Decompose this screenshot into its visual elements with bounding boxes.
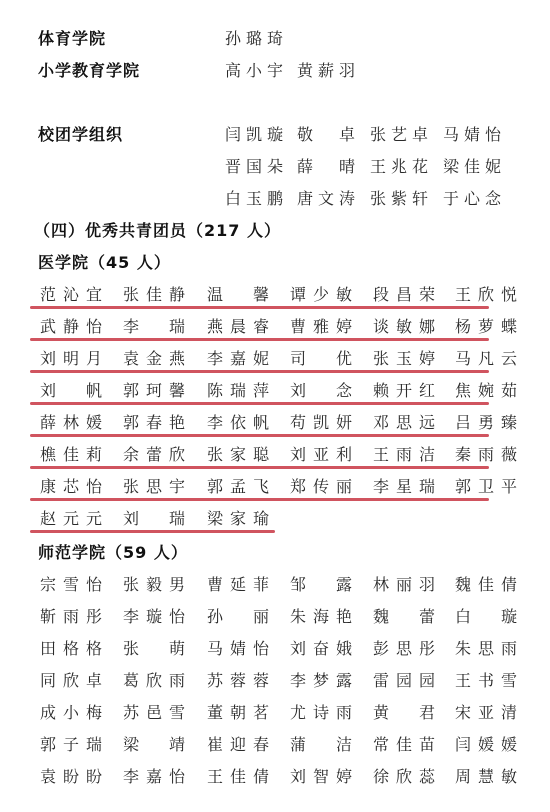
person-name: 刘奋娥 [290, 636, 352, 659]
name-char: 聪 [253, 442, 269, 465]
name-char: 靳 [40, 604, 56, 627]
name-char: 王 [455, 668, 471, 691]
name-char: 馨 [253, 282, 269, 305]
name-char: 余 [123, 442, 139, 465]
name-char: 妮 [485, 154, 501, 177]
person-name: 朱海艳 [290, 604, 352, 627]
name-char: 静 [63, 314, 79, 337]
name-row: 刘帆郭珂馨陈瑞萍刘念赖开红焦婉茹 [0, 378, 550, 402]
person-name: 郭子瑞 [40, 732, 102, 755]
name-char: 少 [313, 282, 329, 305]
name-row: 郭子瑞梁靖崔迎春蒲洁常佳苗闫媛媛 [0, 732, 550, 756]
name-char: 念 [336, 378, 352, 401]
person-name: 徐欣蕊 [373, 764, 435, 787]
name-char: 董 [207, 700, 223, 723]
name-char: 子 [63, 732, 79, 755]
name-row: 范沁宜张佳静温馨谭少敏段昌荣王欣悦 [0, 282, 550, 306]
name-char: 敬 [297, 122, 313, 145]
name-char: 家 [230, 506, 246, 529]
person-name: 高小宇 [225, 58, 283, 81]
name-char: 璇 [267, 122, 283, 145]
name-char: 露 [336, 572, 352, 595]
name-char: 薛 [297, 154, 313, 177]
name-char: 迎 [230, 732, 246, 755]
person-name: 李梦露 [290, 668, 352, 691]
name-char: 怡 [86, 572, 102, 595]
name-char: 园 [396, 668, 412, 691]
person-name: 唐文涛 [297, 186, 355, 209]
name-char: 飞 [253, 474, 269, 497]
person-name: 张毅男 [123, 572, 185, 595]
name-char: 怡 [485, 122, 501, 145]
person-name: 秦雨薇 [455, 442, 517, 465]
name-char: 莉 [86, 442, 102, 465]
name-char: 王 [373, 442, 389, 465]
person-name: 李嘉怡 [123, 764, 185, 787]
person-name: 武静怡 [40, 314, 102, 337]
name-char: 尤 [290, 700, 306, 723]
name-char: 延 [230, 572, 246, 595]
name-char: 思 [396, 410, 412, 433]
name-char: 杨 [455, 314, 471, 337]
person-name: 刘瑞 [123, 506, 185, 529]
name-char: 邓 [373, 410, 389, 433]
name-char: 温 [207, 282, 223, 305]
person-name: 蒲洁 [290, 732, 352, 755]
name-char: 羽 [419, 572, 435, 595]
name-char: 艳 [336, 604, 352, 627]
name-char: 艳 [169, 410, 185, 433]
name-char: 闫 [225, 122, 241, 145]
name-char: 闫 [455, 732, 471, 755]
name-char: 敏 [396, 314, 412, 337]
red-underline-annotation [30, 530, 275, 533]
name-char: 王 [370, 154, 386, 177]
person-name: 黄君 [373, 700, 435, 723]
name-char: 邹 [290, 572, 306, 595]
red-underline-annotation [30, 306, 489, 309]
red-underline-annotation [30, 434, 489, 437]
person-name: 苏蓉蓉 [207, 668, 269, 691]
name-char: 洁 [336, 732, 352, 755]
name-char: 萌 [169, 636, 185, 659]
person-name: 梁佳妮 [443, 154, 501, 177]
person-name: 司优 [290, 346, 352, 369]
name-char: 思 [396, 636, 412, 659]
name-char: 念 [485, 186, 501, 209]
person-name: 刘帆 [40, 378, 102, 401]
name-char: 苟 [290, 410, 306, 433]
person-name: 薛晴 [297, 154, 355, 177]
name-char: 婉 [478, 378, 494, 401]
name-char: 佳 [396, 732, 412, 755]
person-name: 薛林媛 [40, 410, 102, 433]
name-char: 洁 [419, 442, 435, 465]
name-char: 小 [246, 58, 262, 81]
person-name: 尤诗雨 [290, 700, 352, 723]
name-row: 田格格张萌马婧怡刘奋娥彭思彤朱思雨 [0, 636, 550, 660]
name-char: 瑞 [86, 732, 102, 755]
person-name: 张佳静 [123, 282, 185, 305]
person-name: 马凡云 [455, 346, 517, 369]
name-char: 马 [455, 346, 471, 369]
person-name: 赵元元 [40, 506, 102, 529]
name-char: 丽 [253, 604, 269, 627]
name-char: 雨 [63, 604, 79, 627]
name-char: 梁 [207, 506, 223, 529]
name-char: 成 [40, 700, 56, 723]
name-char: 萍 [253, 378, 269, 401]
person-name: 李嘉妮 [207, 346, 269, 369]
name-char: 怡 [169, 604, 185, 627]
name-char: 张 [370, 186, 386, 209]
name-char: 怡 [169, 764, 185, 787]
name-char: 瑞 [230, 378, 246, 401]
name-char: 依 [230, 410, 246, 433]
person-name: 郭春艳 [123, 410, 185, 433]
name-char: 娜 [419, 314, 435, 337]
name-char: 瑞 [169, 314, 185, 337]
name-char: 悦 [501, 282, 517, 305]
name-char: 苏 [123, 700, 139, 723]
person-name: 马婧怡 [443, 122, 501, 145]
name-char: 王 [455, 282, 471, 305]
person-name: 崔迎春 [207, 732, 269, 755]
name-char: 谭 [290, 282, 306, 305]
name-char: 臻 [501, 410, 517, 433]
name-char: 郭 [207, 474, 223, 497]
name-char: 瑜 [253, 506, 269, 529]
name-char: 段 [373, 282, 389, 305]
name-char: 海 [313, 604, 329, 627]
name-char: 亚 [313, 442, 329, 465]
person-name: 马婧怡 [207, 636, 269, 659]
name-char: 马 [207, 636, 223, 659]
red-underline-annotation [30, 338, 489, 341]
person-name: 李瑞 [123, 314, 185, 337]
name-char: 春 [146, 410, 162, 433]
name-char: 帆 [86, 378, 102, 401]
name-char: 婧 [464, 122, 480, 145]
person-name: 孙丽 [207, 604, 269, 627]
name-char: 璐 [246, 26, 262, 49]
name-char: 梦 [313, 668, 329, 691]
name-char: 燕 [207, 314, 223, 337]
name-char: 嘉 [146, 764, 162, 787]
person-name: 刘亚利 [290, 442, 352, 465]
person-name: 于心念 [443, 186, 501, 209]
name-char: 璇 [501, 604, 517, 627]
name-char: 魏 [455, 572, 471, 595]
name-char: 馨 [169, 378, 185, 401]
name-char: 高 [225, 58, 241, 81]
name-char: 盼 [63, 764, 79, 787]
name-char: 艺 [391, 122, 407, 145]
name-char: 金 [146, 346, 162, 369]
name-char: 睿 [253, 314, 269, 337]
section-title-excellent-members: （四）优秀共青团员（217 人） [34, 218, 281, 241]
name-char: 蕾 [419, 604, 435, 627]
name-char: 张 [123, 572, 139, 595]
name-char: 媛 [478, 732, 494, 755]
name-char: 妮 [253, 346, 269, 369]
person-name: 李璇怡 [123, 604, 185, 627]
name-char: 于 [443, 186, 459, 209]
person-name: 郭珂馨 [123, 378, 185, 401]
person-name: 彭思彤 [373, 636, 435, 659]
name-char: 敏 [501, 764, 517, 787]
name-char: 智 [313, 764, 329, 787]
name-char: 林 [63, 410, 79, 433]
name-char: 园 [419, 668, 435, 691]
name-char: 欣 [169, 442, 185, 465]
person-name: 王佳倩 [207, 764, 269, 787]
person-name: 曹延菲 [207, 572, 269, 595]
person-name: 董朝茗 [207, 700, 269, 723]
name-char: 孙 [207, 604, 223, 627]
name-char: 敏 [336, 282, 352, 305]
name-char: 佳 [146, 282, 162, 305]
person-name: 温馨 [207, 282, 269, 305]
name-char: 燕 [169, 346, 185, 369]
name-char: 琦 [267, 26, 283, 49]
person-name: 晋国朵 [225, 154, 283, 177]
name-char: 玉 [396, 346, 412, 369]
name-char: 芯 [63, 474, 79, 497]
red-underline-annotation [30, 498, 489, 501]
name-char: 怡 [253, 636, 269, 659]
name-row: 薛林媛郭春艳李依帆苟凯妍邓思远吕勇臻 [0, 410, 550, 434]
person-name: 刘念 [290, 378, 352, 401]
name-row: 赵元元刘瑞梁家瑜 [0, 506, 550, 530]
name-char: 书 [478, 668, 494, 691]
person-name: 王欣悦 [455, 282, 517, 305]
name-char: 彤 [86, 604, 102, 627]
person-name: 田格格 [40, 636, 102, 659]
name-char: 邑 [146, 700, 162, 723]
person-name: 焦婉茹 [455, 378, 517, 401]
name-char: 雨 [336, 700, 352, 723]
name-char: 郭 [455, 474, 471, 497]
name-char: 雪 [63, 572, 79, 595]
person-name: 郑传丽 [290, 474, 352, 497]
name-char: 心 [464, 186, 480, 209]
person-name: 杨萝蝶 [455, 314, 517, 337]
name-char: 文 [318, 186, 334, 209]
person-name: 余蕾欣 [123, 442, 185, 465]
name-char: 赵 [40, 506, 56, 529]
person-name: 吕勇臻 [455, 410, 517, 433]
name-char: 思 [146, 474, 162, 497]
name-char: 欣 [396, 764, 412, 787]
name-char: 利 [336, 442, 352, 465]
name-char: 凯 [313, 410, 329, 433]
name-char: 梁 [123, 732, 139, 755]
name-char: 怡 [86, 474, 102, 497]
person-name: 刘智婷 [290, 764, 352, 787]
name-char: 雨 [396, 442, 412, 465]
name-char: 菲 [253, 572, 269, 595]
name-char: 宗 [40, 572, 56, 595]
name-char: 珂 [146, 378, 162, 401]
person-name: 靳雨彤 [40, 604, 102, 627]
name-char: 唐 [297, 186, 313, 209]
name-char: 小 [63, 700, 79, 723]
name-char: 思 [478, 636, 494, 659]
name-char: 刘 [290, 442, 306, 465]
name-char: 蕊 [419, 764, 435, 787]
name-char: 妍 [336, 410, 352, 433]
name-char: 苗 [419, 732, 435, 755]
name-char: 曹 [207, 572, 223, 595]
name-char: 露 [336, 668, 352, 691]
person-name: 曹雅婷 [290, 314, 352, 337]
name-char: 谈 [373, 314, 389, 337]
name-row: 靳雨彤李璇怡孙丽朱海艳魏蕾白璇 [0, 604, 550, 628]
name-char: 倩 [253, 764, 269, 787]
name-char: 茗 [253, 700, 269, 723]
name-char: 田 [40, 636, 56, 659]
name-char: 兆 [391, 154, 407, 177]
name-char: 魏 [373, 604, 389, 627]
name-char: 晴 [339, 154, 355, 177]
person-name: 张思宇 [123, 474, 185, 497]
person-name: 邓思远 [373, 410, 435, 433]
name-char: 彭 [373, 636, 389, 659]
name-char: 丽 [336, 474, 352, 497]
name-char: 刘 [40, 346, 56, 369]
name-char: 晨 [230, 314, 246, 337]
name-char: 格 [63, 636, 79, 659]
person-name: 郭卫平 [455, 474, 517, 497]
name-char: 毅 [146, 572, 162, 595]
name-char: 媛 [501, 732, 517, 755]
person-name: 张紫轩 [370, 186, 428, 209]
name-char: 薪 [318, 58, 334, 81]
name-char: 紫 [391, 186, 407, 209]
name-char: 蝶 [501, 314, 517, 337]
person-name: 孙璐琦 [225, 26, 283, 49]
person-name: 康芯怡 [40, 474, 102, 497]
name-char: 清 [501, 700, 517, 723]
name-char: 花 [412, 154, 428, 177]
name-char: 明 [63, 346, 79, 369]
name-char: 李 [123, 764, 139, 787]
person-name: 李依帆 [207, 410, 269, 433]
name-char: 郭 [123, 410, 139, 433]
person-name: 王兆花 [370, 154, 428, 177]
person-name: 葛欣雨 [123, 668, 185, 691]
name-char: 卓 [412, 122, 428, 145]
person-name: 谭少敏 [290, 282, 352, 305]
name-char: 常 [373, 732, 389, 755]
name-char: 张 [123, 282, 139, 305]
name-char: 宇 [267, 58, 283, 81]
person-name: 刘明月 [40, 346, 102, 369]
person-name: 苏邑雪 [123, 700, 185, 723]
person-name: 梁家瑜 [207, 506, 269, 529]
name-char: 羽 [339, 58, 355, 81]
name-char: 传 [313, 474, 329, 497]
name-char: 春 [253, 732, 269, 755]
name-char: 雷 [373, 668, 389, 691]
name-char: 郑 [290, 474, 306, 497]
person-name: 林丽羽 [373, 572, 435, 595]
name-char: 雨 [478, 442, 494, 465]
person-name: 魏佳倩 [455, 572, 517, 595]
person-name: 宗雪怡 [40, 572, 102, 595]
name-char: 鹏 [267, 186, 283, 209]
name-char: 卓 [86, 668, 102, 691]
name-char: 宋 [455, 700, 471, 723]
person-name: 袁盼盼 [40, 764, 102, 787]
name-char: 王 [207, 764, 223, 787]
name-char: 奋 [313, 636, 329, 659]
name-char: 凯 [246, 122, 262, 145]
person-name: 同欣卓 [40, 668, 102, 691]
college-label-primary-education: 小学教育学院 [38, 58, 140, 81]
name-char: 晋 [225, 154, 241, 177]
name-char: 曹 [290, 314, 306, 337]
name-char: 宇 [169, 474, 185, 497]
name-char: 月 [86, 346, 102, 369]
name-char: 欣 [146, 668, 162, 691]
name-row: 康芯怡张思宇郭孟飞郑传丽李星瑞郭卫平 [0, 474, 550, 498]
college-title-normal: 师范学院（59 人） [38, 540, 188, 563]
person-name: 白璇 [455, 604, 517, 627]
name-char: 国 [246, 154, 262, 177]
name-char: 雨 [501, 636, 517, 659]
name-char: 卫 [478, 474, 494, 497]
org-label-youth-league: 校团学组织 [38, 122, 123, 145]
name-char: 樵 [40, 442, 56, 465]
name-char: 媛 [86, 410, 102, 433]
name-char: 袁 [40, 764, 56, 787]
name-char: 君 [419, 700, 435, 723]
name-char: 马 [443, 122, 459, 145]
name-char: 李 [373, 474, 389, 497]
name-char: 诗 [313, 700, 329, 723]
person-name: 魏蕾 [373, 604, 435, 627]
name-char: 薇 [501, 442, 517, 465]
name-char: 蓉 [253, 668, 269, 691]
red-underline-annotation [30, 402, 489, 405]
name-char: 白 [225, 186, 241, 209]
name-char: 袁 [123, 346, 139, 369]
name-char: 格 [86, 636, 102, 659]
name-char: 丽 [396, 572, 412, 595]
person-name: 陈瑞萍 [207, 378, 269, 401]
name-char: 男 [169, 572, 185, 595]
name-char: 宜 [86, 282, 102, 305]
name-row: 成小梅苏邑雪董朝茗尤诗雨黄君宋亚清 [0, 700, 550, 724]
name-char: 刘 [290, 378, 306, 401]
name-char: 雪 [169, 700, 185, 723]
name-char: 倩 [501, 572, 517, 595]
name-char: 佳 [464, 154, 480, 177]
name-char: 刘 [40, 378, 56, 401]
name-char: 勇 [478, 410, 494, 433]
name-char: 昌 [396, 282, 412, 305]
name-char: 同 [40, 668, 56, 691]
person-name: 范沁宜 [40, 282, 102, 305]
name-char: 茹 [501, 378, 517, 401]
name-char: 雪 [501, 668, 517, 691]
person-name: 樵佳莉 [40, 442, 102, 465]
name-char: 蕾 [146, 442, 162, 465]
name-char: 盼 [86, 764, 102, 787]
person-name: 张艺卓 [370, 122, 428, 145]
